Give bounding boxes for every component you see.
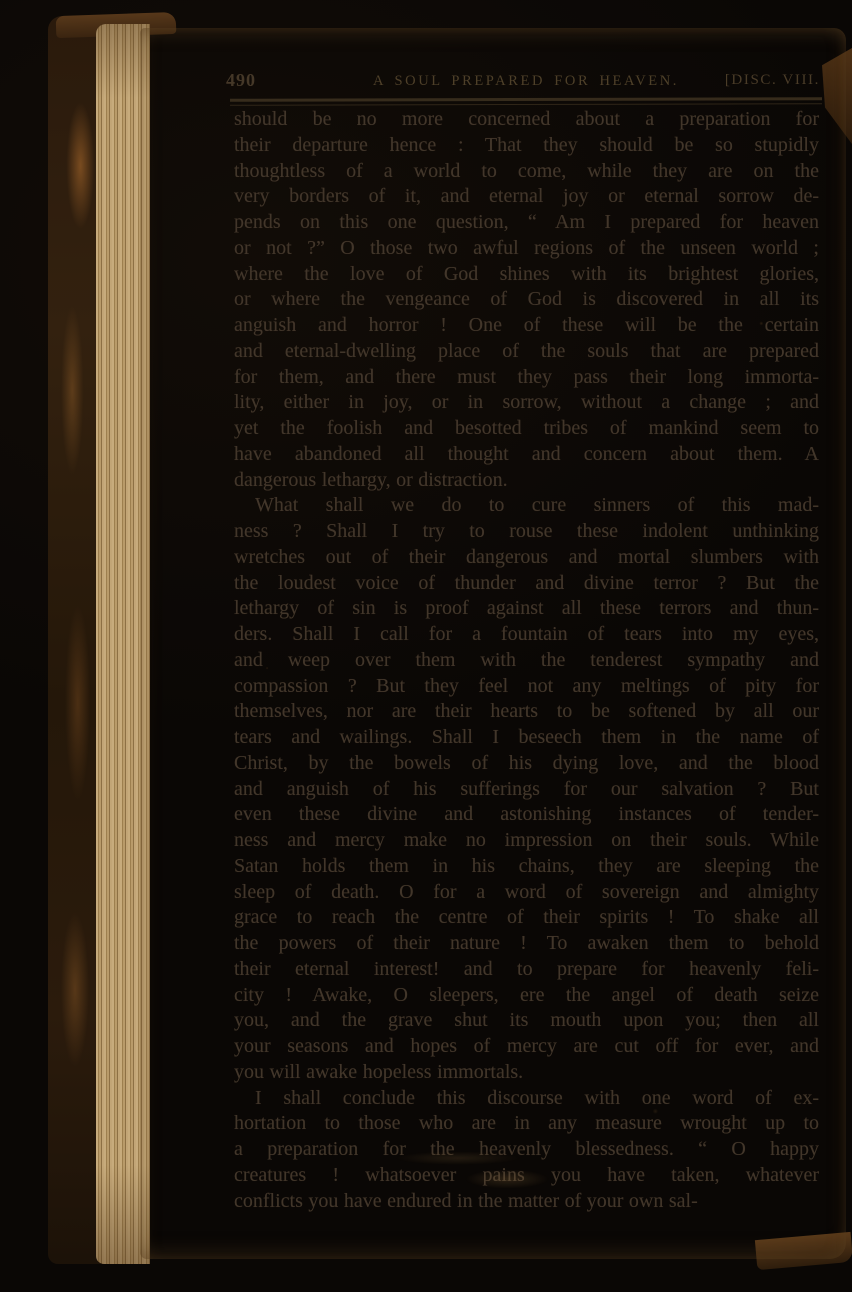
- text-line: city ! Awake, O sleepers, ere the angel …: [234, 983, 819, 1009]
- text-line: pends on this one question, “ Am I prepa…: [234, 210, 819, 236]
- text-line: a preparation for the heavenly blessedne…: [234, 1137, 819, 1163]
- text-line: where the love of God shines with its br…: [234, 262, 819, 288]
- text-line: I shall conclude this discourse with one…: [234, 1086, 819, 1112]
- header-double-rule: [230, 97, 822, 106]
- text-line: and weep over them with the tenderest sy…: [234, 648, 819, 674]
- text-line: What shall we do to cure sinners of this…: [234, 493, 819, 519]
- text-line: anguish and horror ! One of these will b…: [234, 313, 819, 339]
- text-line: the loudest voice of thunder and divine …: [234, 571, 819, 597]
- text-line: you, and the grave shut its mouth upon y…: [234, 1008, 819, 1034]
- text-line: yet the foolish and besotted tribes of m…: [234, 416, 819, 442]
- text-line: for them, and there must they pass their…: [234, 365, 819, 391]
- page-body: should be no more concerned about a prep…: [234, 107, 819, 1214]
- text-line: conflicts you have endured in the matter…: [234, 1189, 819, 1215]
- text-line: the powers of their nature ! To awaken t…: [234, 931, 819, 957]
- text-line: ness ? Shall I try to rouse these indole…: [234, 519, 819, 545]
- text-line: your seasons and hopes of mercy are cut …: [234, 1034, 819, 1060]
- text-line: thoughtless of a world to come, while th…: [234, 159, 819, 185]
- text-line: you will awake hopeless immortals.: [234, 1060, 819, 1086]
- discourse-label: [DISC. VIII.: [725, 72, 820, 89]
- text-line: even these divine and astonishing instan…: [234, 802, 819, 828]
- text-line: have abandoned all thought and concern a…: [234, 442, 819, 468]
- book-photo: 490 A SOUL PREPARED FOR HEAVEN. [DISC. V…: [0, 0, 852, 1292]
- text-line: ders. Shall I call for a fountain of tea…: [234, 622, 819, 648]
- book-cover-edge: [48, 16, 102, 1264]
- text-line: Christ, by the bowels of his dying love,…: [234, 751, 819, 777]
- text-line: or not ?” O those two awful regions of t…: [234, 236, 819, 262]
- text-line: themselves, nor are their hearts to be s…: [234, 699, 819, 725]
- text-line: and anguish of his sufferings for our sa…: [234, 777, 819, 803]
- text-line: or where the vengeance of God is discove…: [234, 287, 819, 313]
- text-line: very borders of it, and eternal joy or e…: [234, 184, 819, 210]
- text-line: and eternal-dwelling place of the souls …: [234, 339, 819, 365]
- text-line: sleep of death. O for a word of sovereig…: [234, 880, 819, 906]
- text-line: lethargy of sin is proof against all the…: [234, 596, 819, 622]
- running-header: 490 A SOUL PREPARED FOR HEAVEN. [DISC. V…: [232, 70, 820, 94]
- text-line: creatures ! whatsoever pains you have ta…: [234, 1163, 819, 1189]
- text-line: Satan holds them in his chains, they are…: [234, 854, 819, 880]
- text-line: wretches out of their dangerous and mort…: [234, 545, 819, 571]
- text-line: tears and wailings. Shall I beseech them…: [234, 725, 819, 751]
- text-line: lity, either in joy, or in sorrow, witho…: [234, 390, 819, 416]
- text-line: dangerous lethargy, or distraction.: [234, 468, 819, 494]
- text-line: grace to reach the centre of their spiri…: [234, 905, 819, 931]
- text-line: ness and mercy make no impression on the…: [234, 828, 819, 854]
- text-line: their departure hence : That they should…: [234, 133, 819, 159]
- text-line: their eternal interest! and to prepare f…: [234, 957, 819, 983]
- text-line: compassion ? But they feel not any melti…: [234, 674, 819, 700]
- text-line: should be no more concerned about a prep…: [234, 107, 819, 133]
- book-page: 490 A SOUL PREPARED FOR HEAVEN. [DISC. V…: [140, 28, 846, 1259]
- text-line: hortation to those who are in any measur…: [234, 1111, 819, 1137]
